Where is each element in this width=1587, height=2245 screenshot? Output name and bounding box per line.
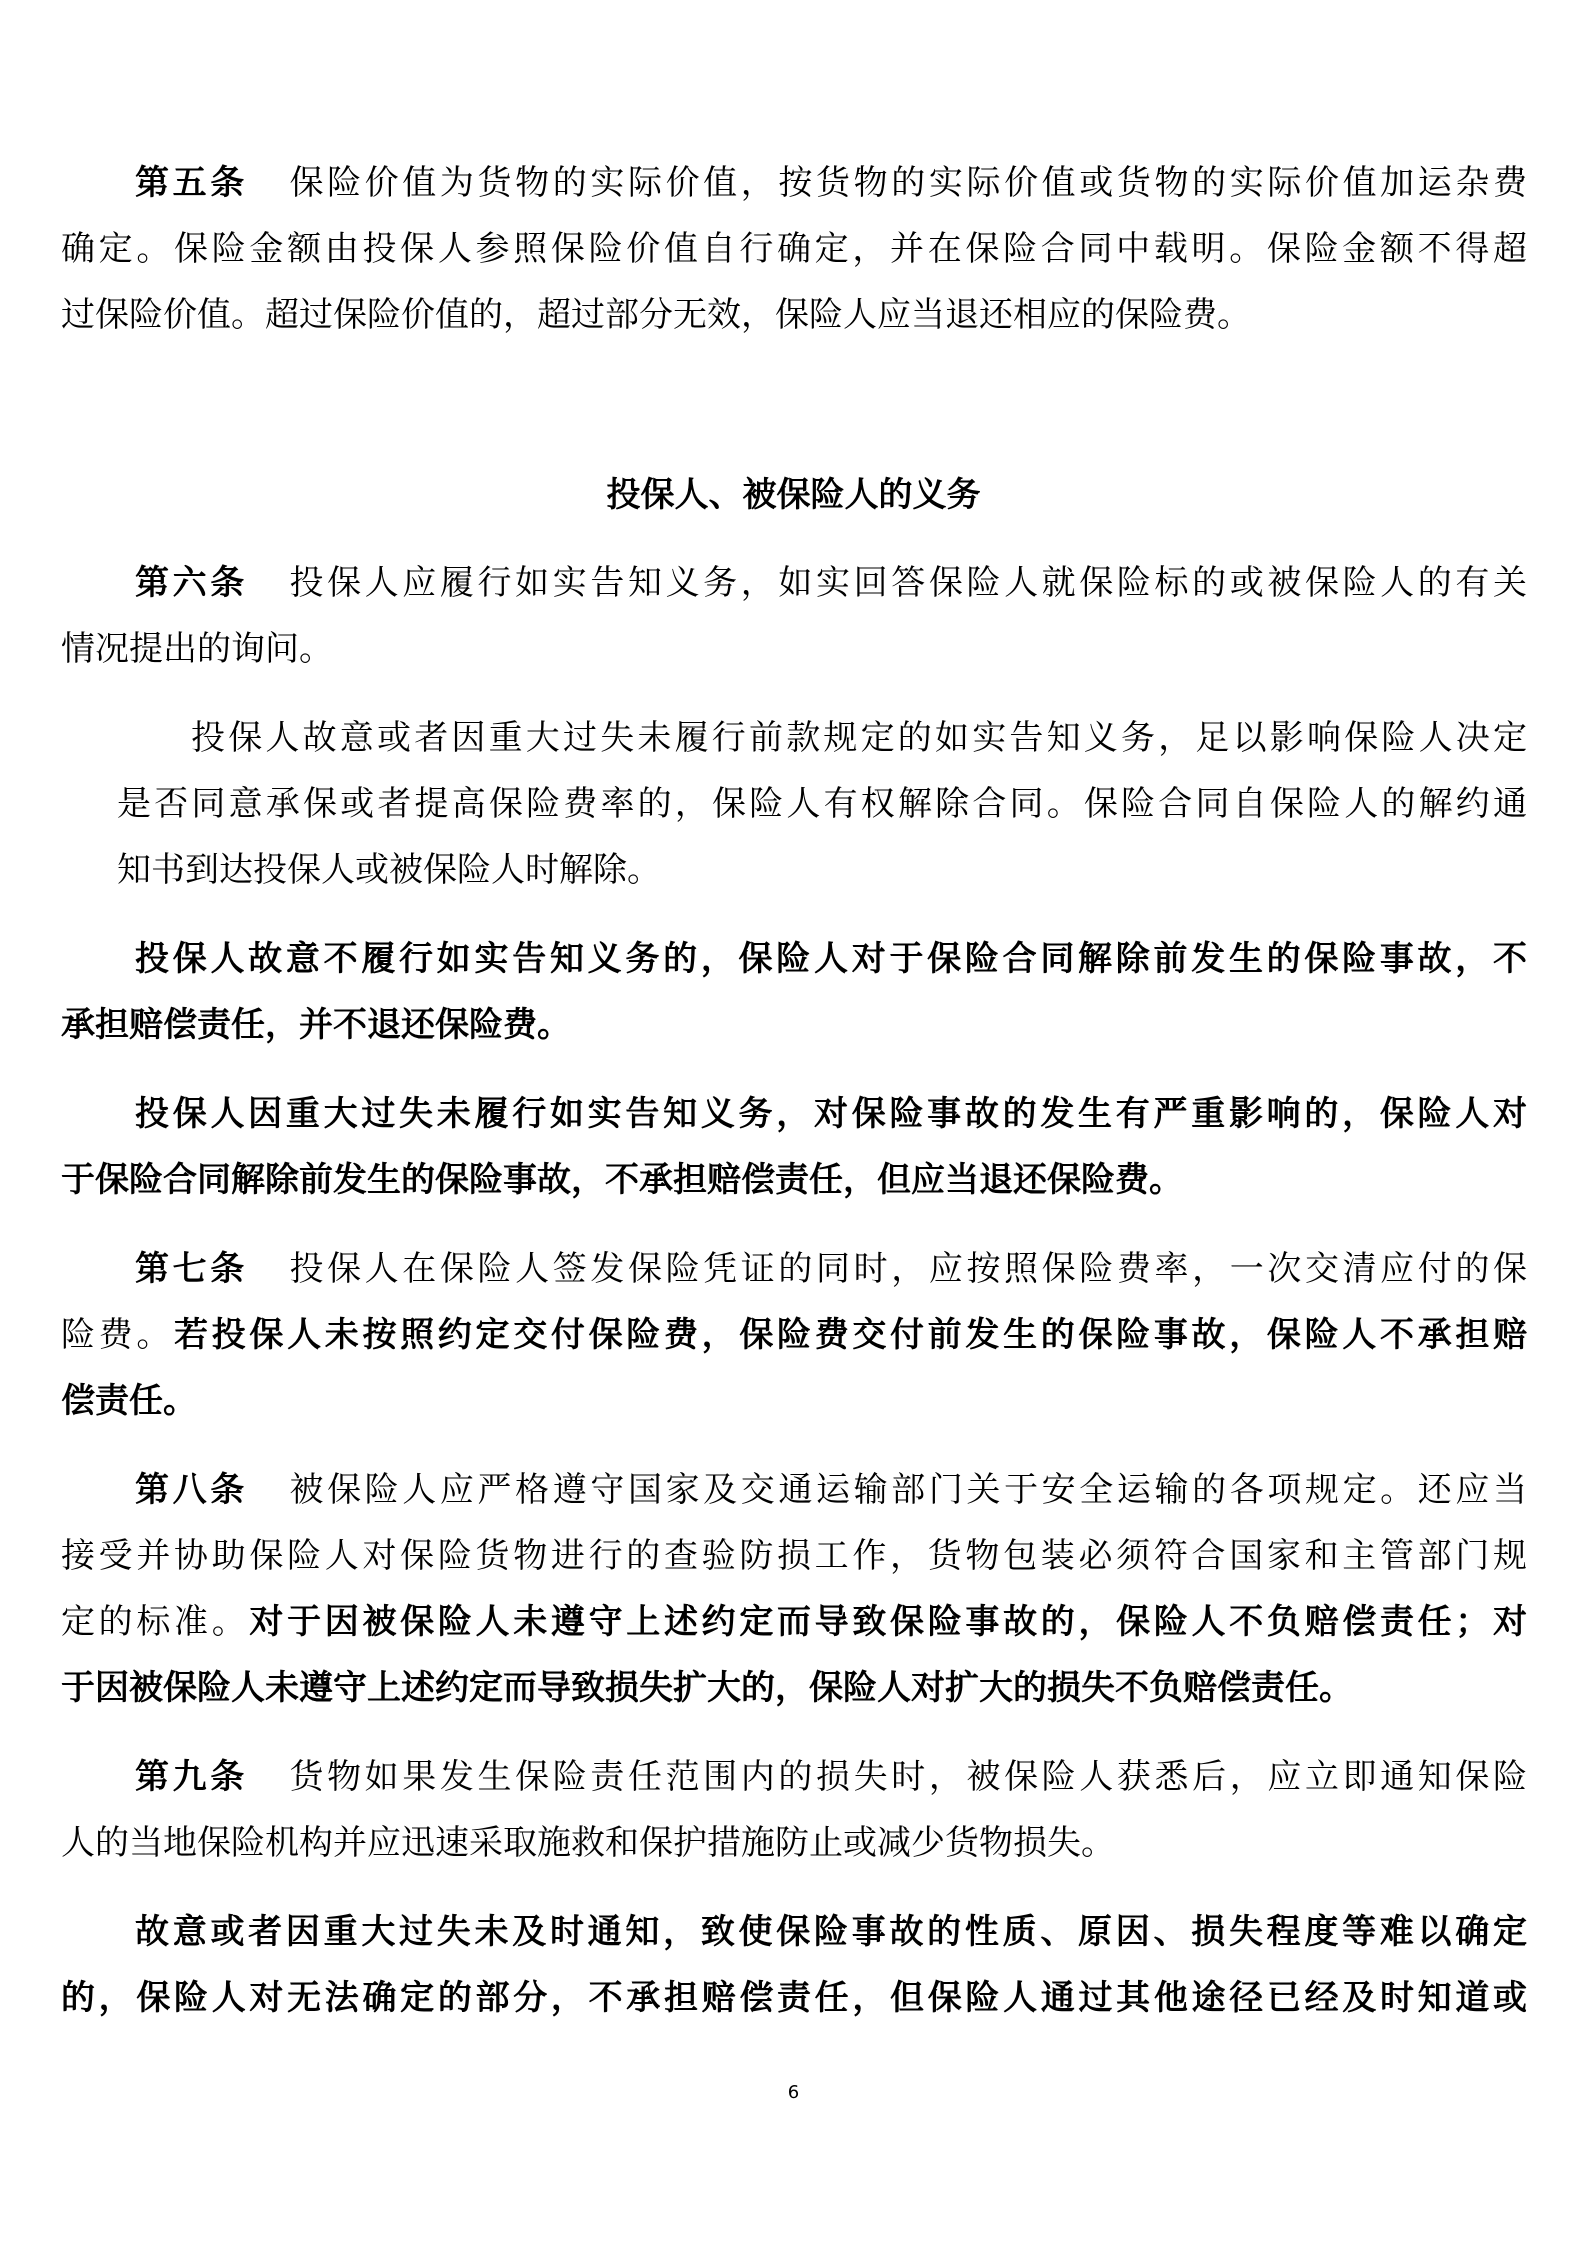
article8-text: 被保险人应严格遵守国家及交通运输部门关于安全运输的各项规定。还应当 [286, 1470, 1527, 1510]
article9-line2: 人的当地保险机构并应迅速采取施救和保护措施防止或减少货物损失。 [61, 1810, 1527, 1876]
article8-line3-normal: 定的标准。 [61, 1602, 249, 1642]
article9-text: 货物如果发生保险责任范围内的损失时，被保险人获悉后，应立即通知保险 [286, 1757, 1527, 1797]
article9-para2-line2: 的，保险人对无法确定的部分，不承担赔偿责任，但保险人通过其他途径已经及时知道或 [61, 1965, 1527, 2031]
article6-para2-line1: 投保人故意或者因重大过失未履行前款规定的如实告知义务，足以影响保险人决定 [117, 705, 1527, 771]
article7-line2-normal: 险费。 [61, 1315, 174, 1355]
article6-para3-line1: 投保人故意不履行如实告知义务的，保险人对于保险合同解除前发生的保险事故，不 [61, 926, 1527, 992]
article9-label: 第九条 [135, 1757, 248, 1797]
article5-line1: 第五条保险价值为货物的实际价值，按货物的实际价值或货物的实际价值加运杂费 [61, 150, 1527, 216]
article7-line3: 偿责任。 [61, 1368, 1527, 1434]
article5-label: 第五条 [135, 163, 248, 203]
article7-text: 投保人在保险人签发保险凭证的同时，应按照保险费率，一次交清应付的保 [286, 1249, 1527, 1289]
article8-line3: 定的标准。对于因被保险人未遵守上述约定而导致保险事故的，保险人不负赔偿责任；对 [61, 1589, 1527, 1655]
article6-line1: 第六条投保人应履行如实告知义务，如实回答保险人就保险标的或被保险人的有关 [61, 550, 1527, 616]
article6-para2-line2: 是否同意承保或者提高保险费率的，保险人有权解除合同。保险合同自保险人的解约通 [117, 771, 1527, 837]
article6-para4-line2: 于保险合同解除前发生的保险事故，不承担赔偿责任，但应当退还保险费。 [61, 1147, 1527, 1213]
article6-line2: 情况提出的询问。 [61, 616, 1527, 682]
article7-label: 第七条 [135, 1249, 248, 1289]
article7-line2: 险费。若投保人未按照约定交付保险费，保险费交付前发生的保险事故，保险人不承担赔 [61, 1302, 1527, 1368]
article7-line2-bold: 若投保人未按照约定交付保险费，保险费交付前发生的保险事故，保险人不承担赔 [174, 1315, 1527, 1355]
section-heading: 投保人、被保险人的义务 [0, 462, 1587, 528]
article6-para4-line1: 投保人因重大过失未履行如实告知义务，对保险事故的发生有严重影响的，保险人对 [61, 1081, 1527, 1147]
article9-para2-line1: 故意或者因重大过失未及时通知，致使保险事故的性质、原因、损失程度等难以确定 [61, 1899, 1527, 1965]
article6-para3-line2: 承担赔偿责任，并不退还保险费。 [61, 992, 1527, 1058]
article5-line2: 确定。保险金额由投保人参照保险价值自行确定，并在保险合同中载明。保险金额不得超 [61, 216, 1527, 282]
article9-line1: 第九条货物如果发生保险责任范围内的损失时，被保险人获悉后，应立即通知保险 [61, 1744, 1527, 1810]
article6-para2-line3: 知书到达投保人或被保险人时解除。 [117, 837, 1527, 903]
article8-line1: 第八条被保险人应严格遵守国家及交通运输部门关于安全运输的各项规定。还应当 [61, 1457, 1527, 1523]
document-page: 第五条保险价值为货物的实际价值，按货物的实际价值或货物的实际价值加运杂费 确定。… [0, 0, 1587, 2245]
article5-line3: 过保险价值。超过保险价值的，超过部分无效，保险人应当退还相应的保险费。 [61, 282, 1527, 348]
article8-line3-bold: 对于因被保险人未遵守上述约定而导致保险事故的，保险人不负赔偿责任；对 [249, 1602, 1527, 1642]
article6-text: 投保人应履行如实告知义务，如实回答保险人就保险标的或被保险人的有关 [286, 563, 1527, 603]
article7-line1: 第七条投保人在保险人签发保险凭证的同时，应按照保险费率，一次交清应付的保 [61, 1236, 1527, 1302]
article8-line2: 接受并协助保险人对保险货物进行的查验防损工作，货物包装必须符合国家和主管部门规 [61, 1523, 1527, 1589]
article8-line4: 于因被保险人未遵守上述约定而导致损失扩大的，保险人对扩大的损失不负赔偿责任。 [61, 1655, 1527, 1721]
article5-text: 保险价值为货物的实际价值，按货物的实际价值或货物的实际价值加运杂费 [286, 163, 1527, 203]
page-number: 6 [0, 2082, 1587, 2103]
article8-label: 第八条 [135, 1470, 248, 1510]
article6-label: 第六条 [135, 563, 248, 603]
